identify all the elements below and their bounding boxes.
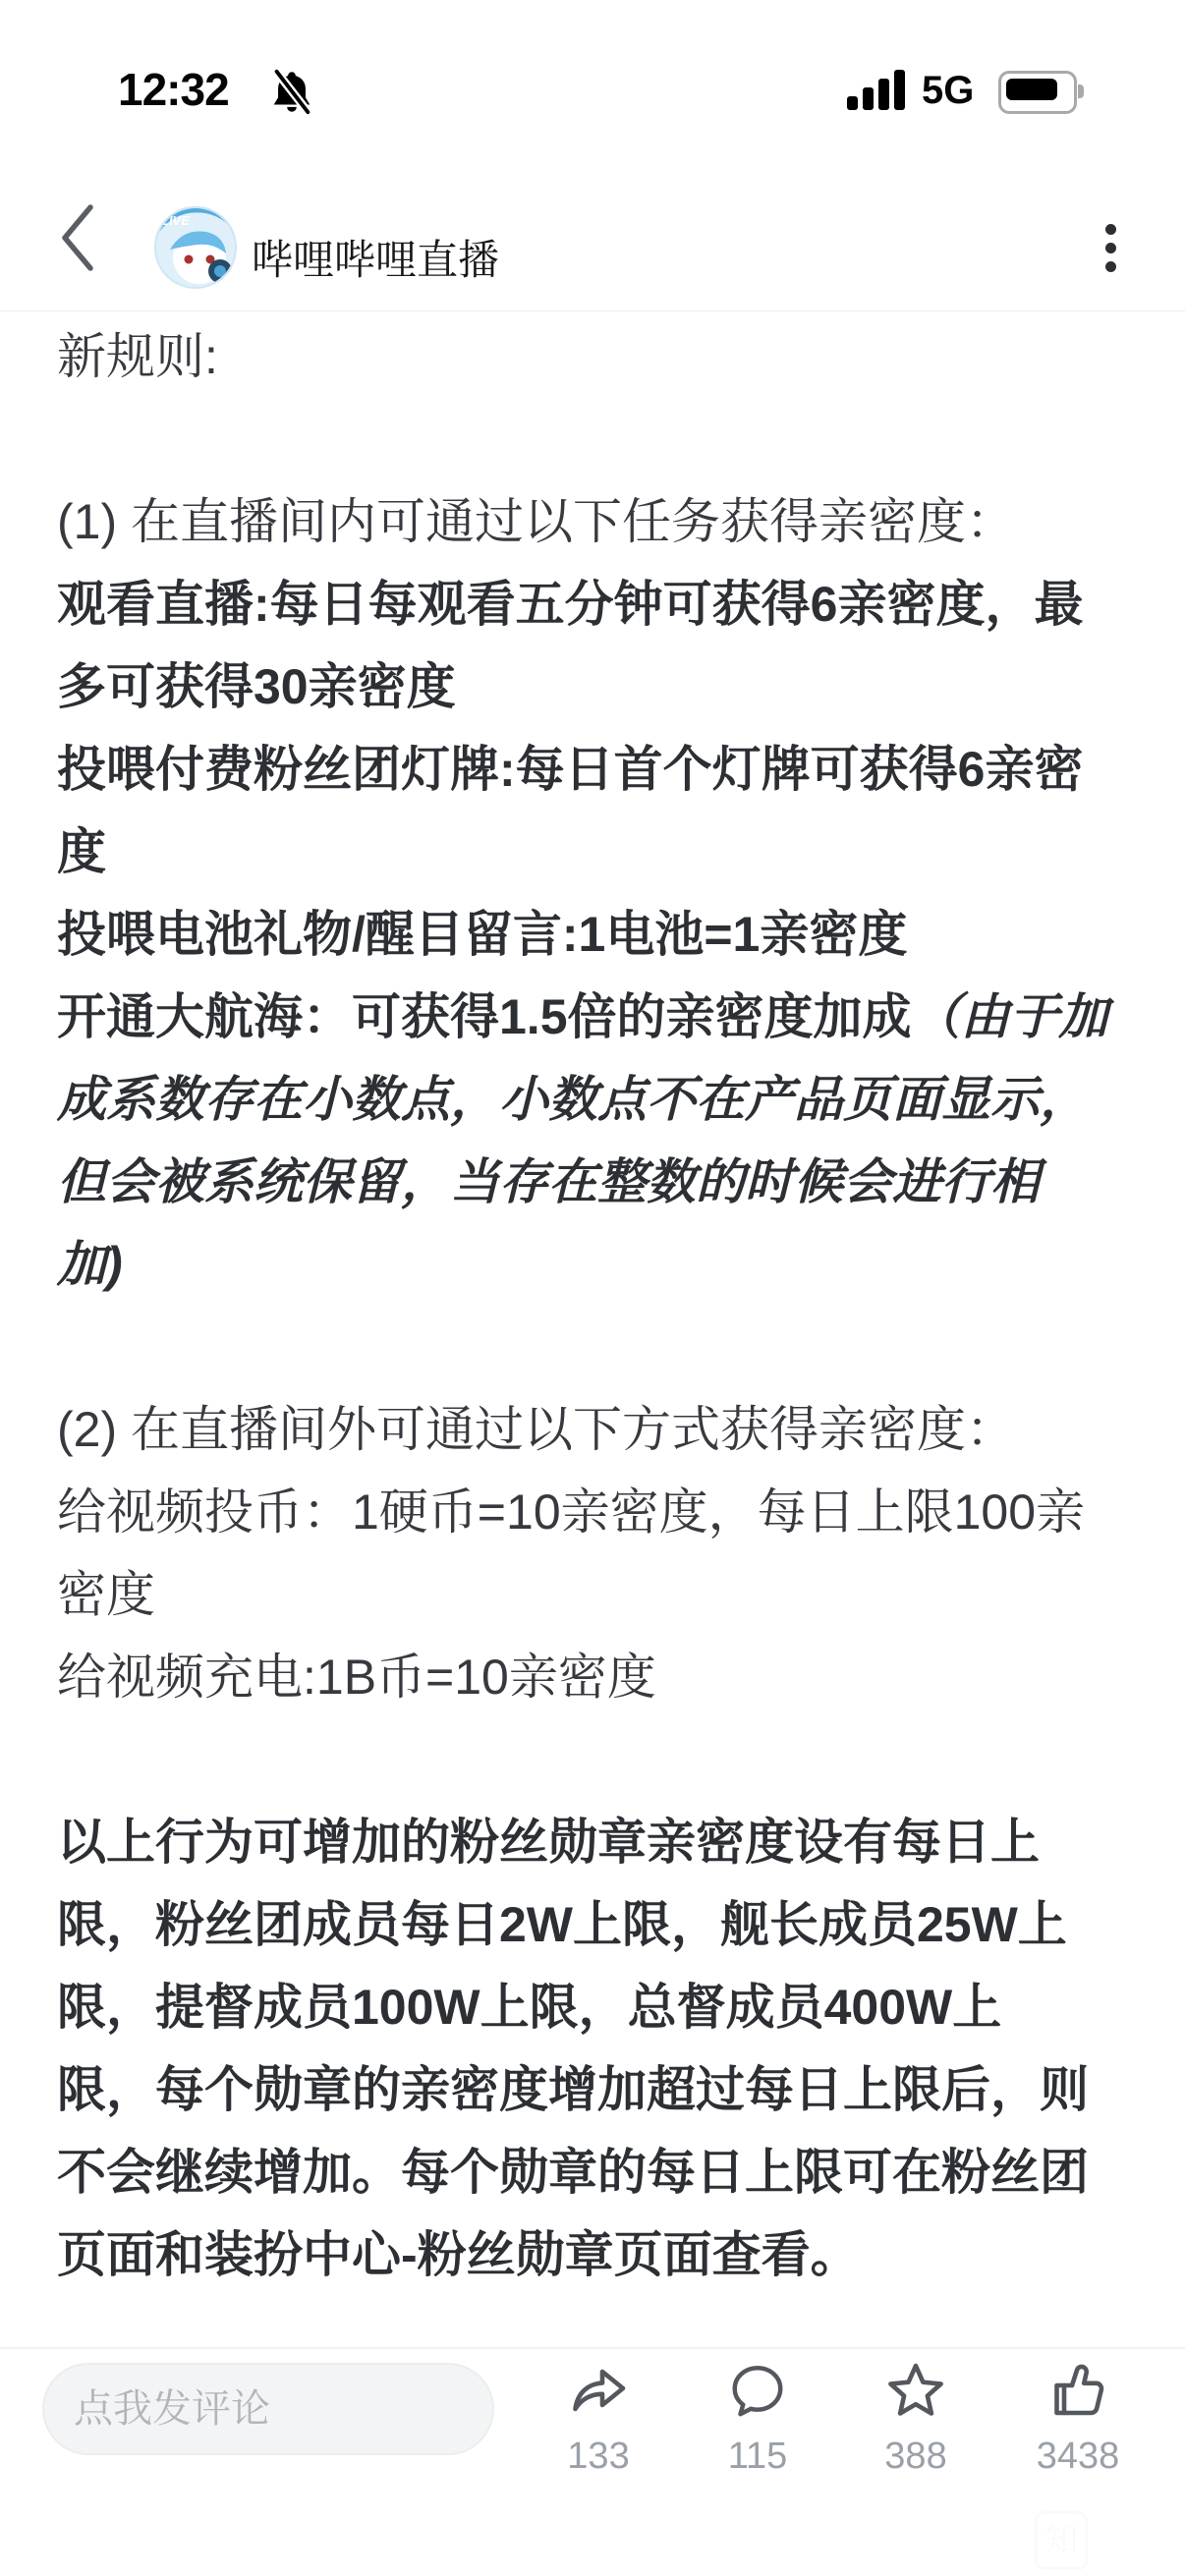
comment-input[interactable]: 点我发评论 (42, 2363, 494, 2455)
article: 新规则:(1) 在直播间内可通过以下任务获得亲密度： 观看直播:每日每观看五分钟… (0, 311, 1185, 2296)
app-screen: 12:32 5G (0, 0, 1185, 2576)
header: LIVE 哔哩哔哩直播 (0, 138, 1185, 311)
status-bar: 12:32 5G (0, 0, 1185, 138)
comment-button[interactable]: 115 (699, 2359, 817, 2478)
page-title: 哔哩哔哩直播 (252, 228, 499, 287)
watermark: 知 (1035, 2511, 1088, 2570)
article-run: (1) 在直播间内可通过以下任务获得亲密度： (57, 494, 1015, 549)
clock: 12:32 (118, 63, 229, 116)
collect-button[interactable]: 388 (857, 2359, 975, 2478)
share-count: 133 (539, 2436, 657, 2478)
article-text: 新规则:(1) 在直播间内可通过以下任务获得亲密度： 观看直播:每日每观看五分钟… (0, 311, 1185, 2296)
like-button[interactable]: 3438 (1019, 2359, 1137, 2478)
article-paragraph: (2) 在直播间外可通过以下方式获得亲密度： 给视频投币：1硬币=10亲密度，每… (57, 1388, 1130, 1718)
avatar[interactable]: LIVE (154, 206, 237, 289)
network-label: 5G (922, 69, 974, 113)
like-count: 3438 (1019, 2436, 1137, 2478)
comment-count: 115 (699, 2436, 817, 2478)
article-run: 观看直播:每日每观看五分钟可获得6亲密度，最 多可获得30亲密度 投喂付费粉丝团… (57, 577, 1083, 1044)
collect-count: 388 (857, 2436, 975, 2478)
article-run: 以上行为可增加的粉丝勋章亲密度设有每日上 限，粉丝团成员每日2W上限，舰长成员2… (57, 1815, 1089, 2282)
comment-placeholder: 点我发评论 (74, 2365, 270, 2453)
back-icon[interactable] (57, 202, 96, 273)
more-icon[interactable] (1099, 224, 1122, 283)
article-run: (2) 在直播间外可通过以下方式获得亲密度： 给视频投币：1硬币=10亲密度，每… (57, 1402, 1085, 1705)
article-paragraph: 新规则: (57, 315, 1130, 398)
article-run: 新规则: (57, 329, 218, 384)
article-paragraph: (1) 在直播间内可通过以下任务获得亲密度： 观看直播:每日每观看五分钟可获得6… (57, 480, 1130, 1306)
signal-icon (847, 69, 907, 110)
battery-icon (998, 71, 1077, 114)
bottom-bar: 点我发评论 133 115 388 3438 (0, 2349, 1185, 2576)
muted-bell-icon (267, 67, 316, 116)
share-button[interactable]: 133 (539, 2359, 657, 2478)
article-paragraph: 以上行为可增加的粉丝勋章亲密度设有每日上 限，粉丝团成员每日2W上限，舰长成员2… (57, 1801, 1130, 2296)
